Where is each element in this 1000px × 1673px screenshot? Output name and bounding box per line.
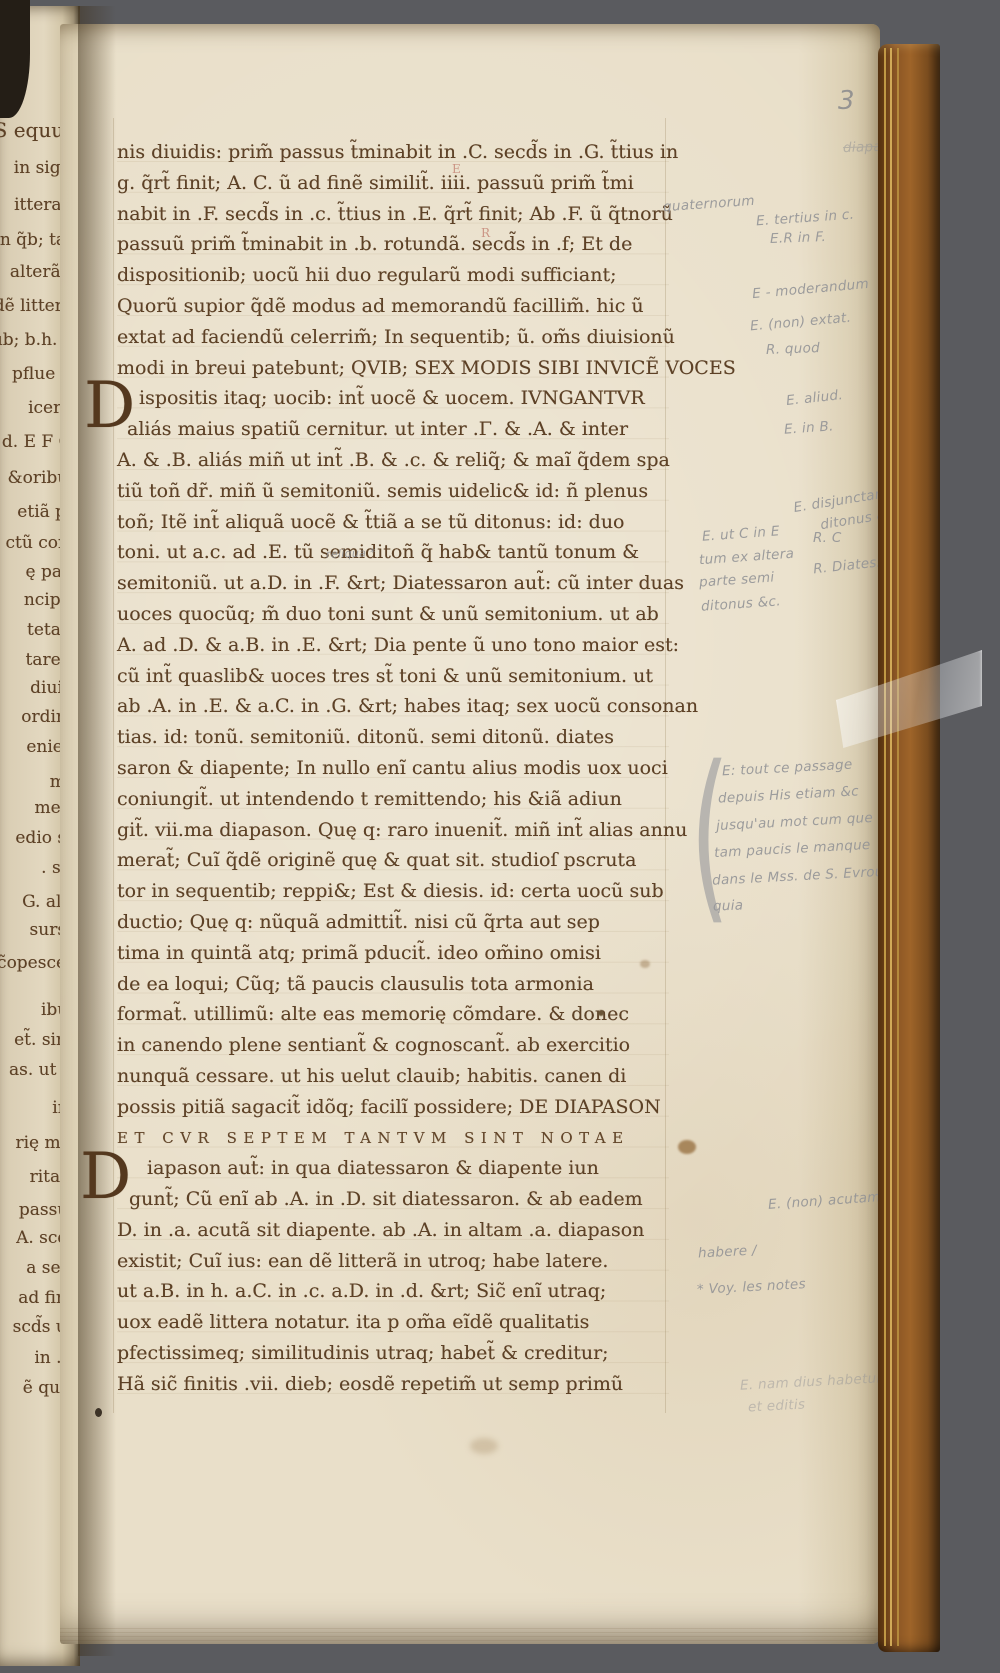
manuscript-text-line: g. q̃rt̃ finit; A. C. ũ ad finẽ similit̃… (117, 168, 669, 199)
manuscript-text-line: coniungit̃. ut intendendo t remittendo; … (117, 784, 669, 815)
manuscript-text-line: modi in breui patebunt; QVIB; SEX MODIS … (117, 353, 669, 384)
manuscript-text-line: de ea loqui; Cũq; tã paucis clausulis to… (117, 969, 669, 1000)
pencil-brace: ( (690, 742, 730, 927)
manuscript-text-line: A. & .B. aliás miñ ut int̃ .B. & .c. & r… (117, 445, 669, 476)
manuscript-text-line: A. ad .D. & a.B. in .E. &rt; Dia pente ũ… (117, 630, 669, 661)
manuscript-text-line: Quorũ supior q̃dẽ modus ad memorandũ fac… (117, 291, 669, 322)
manuscript-text-line: tiũ toñ dr̃. miñ ũ semitoniũ. semis uide… (117, 476, 669, 507)
manuscript-text-line: extat ad faciendũ celerrim̃; In sequenti… (117, 322, 669, 353)
page-number: 3 (838, 86, 855, 116)
margin-ruling-line-left (113, 118, 114, 1413)
pencil-annotation: R. C (813, 530, 842, 546)
manuscript-text-line: passuũ prim̃ t̃minabit in .b. rotundã. s… (117, 229, 669, 260)
manuscript-text-line: nis diuidis: prim̃ passus t̃minabit in .… (117, 137, 669, 168)
manuscript-text-line: ab .A. in .E. & a.C. in .G. &rt; habes i… (117, 691, 669, 722)
pencil-annotation: habere / (698, 1242, 758, 1261)
illuminated-initial: D (80, 1145, 131, 1209)
parchment-stain (598, 1010, 604, 1016)
manuscript-text-line: semitoniũ. ut a.D. in .F. &rt; Diatessar… (117, 568, 669, 599)
manuscript-text-line: git̃. vii.ma diapason. Quę q: raro inuen… (117, 815, 669, 846)
manuscript-text-line: aliás maius spatiũ cernitur. ut inter .Γ… (117, 414, 669, 445)
manuscript-text-line: in canendo plene sentiant̃ & cognoscant̃… (117, 1030, 669, 1061)
manuscript-text-line: cũ int̃ quaslib& uoces tres st̃ toni & u… (117, 661, 669, 692)
manuscript-text-line: Hã sic̃ finitis .vii. dieb; eosdẽ repeti… (117, 1369, 669, 1400)
manuscript-text-line: possis pitiã sagacit̃ idõq; facilĩ possi… (117, 1092, 669, 1123)
manuscript-text-line: toñ; Itẽ int̃ aliquã uocẽ & t̃tiã a se t… (117, 507, 669, 538)
manuscript-photo: S equunin signiitterae.In q̃b; tanalterã… (0, 0, 1000, 1673)
red-guide-letter: E (452, 162, 461, 176)
main-text-block: nis diuidis: prim̃ passus t̃minabit in .… (117, 137, 669, 1400)
manuscript-text-line: merat̃; Cuĩ q̃dẽ originẽ quę & quat sit.… (117, 845, 669, 876)
wormhole (95, 1408, 102, 1417)
manuscript-text-line: ET CVR SEPTEM TANTVM SINT NOTAE (117, 1123, 669, 1154)
pencil-annotation: R. quod (766, 340, 821, 358)
manuscript-text-line: gunt̃; Cũ enĩ ab .A. in .D. sit diatessa… (117, 1184, 669, 1215)
manuscript-text-line: ductio; Quę q: nũquã admittit̃. nisi cũ … (117, 907, 669, 938)
manuscript-text-line: tor in sequentib; reppi&; Est & diesis. … (117, 876, 669, 907)
manuscript-text-line: format̃. utillimũ: alte eas memorię cõmd… (117, 999, 669, 1030)
manuscript-text-line: nunquã cessare. ut his uelut clauib; hab… (117, 1061, 669, 1092)
pencil-annotation: et editis (748, 1397, 806, 1416)
pencil-annotation: reliqua * (326, 546, 376, 561)
manuscript-text-line: existit; Cuĩ ius: ean dẽ litterã in utro… (117, 1246, 669, 1277)
parchment-stain (470, 1438, 498, 1454)
manuscript-text-line: nabit in .F. secd̃s in .c. t̃tius in .E.… (117, 199, 669, 230)
gilt-lines (884, 48, 906, 1646)
manuscript-text-line: tias. id: tonũ. semitoniũ. ditonũ. semi … (117, 722, 669, 753)
parchment-stain (678, 1140, 696, 1154)
book-binding-edge (878, 44, 940, 1652)
illuminated-initial: D (84, 374, 135, 438)
manuscript-text-line: toni. ut a.c. ad .E. tũ semiditoñ q̃ hab… (117, 537, 669, 568)
manuscript-text-line: uox eadẽ littera notatur. ita p om̃a eĩd… (117, 1307, 669, 1338)
manuscript-text-line: ispositis itaq; uocib: int̃ uocẽ & uocem… (117, 383, 669, 414)
manuscript-text-line: dispositionib; uocũ hii duo regularũ mod… (117, 260, 669, 291)
manuscript-text-line: D. in .a. acutã sit diapente. ab .A. in … (117, 1215, 669, 1246)
manuscript-text-line: saron & diapente; In nullo enĩ cantu ali… (117, 753, 669, 784)
manuscript-text-line: tima in quintã atq; primã pducit̃. ideo … (117, 938, 669, 969)
manuscript-text-line: pfectissimeq; similitudinis utraq; habet… (117, 1338, 669, 1369)
manuscript-text-line: iapason aut̃: in qua diatessaron & diape… (117, 1153, 669, 1184)
pencil-annotation: E.R in F. (770, 229, 827, 247)
manuscript-text-line: ut a.B. in h. a.C. in .c. a.D. in .d. &r… (117, 1276, 669, 1307)
manuscript-text-line: uoces quocũq; m̃ duo toni sunt & unũ sem… (117, 599, 669, 630)
red-guide-letter: R (481, 226, 490, 240)
parchment-stain (640, 960, 650, 968)
